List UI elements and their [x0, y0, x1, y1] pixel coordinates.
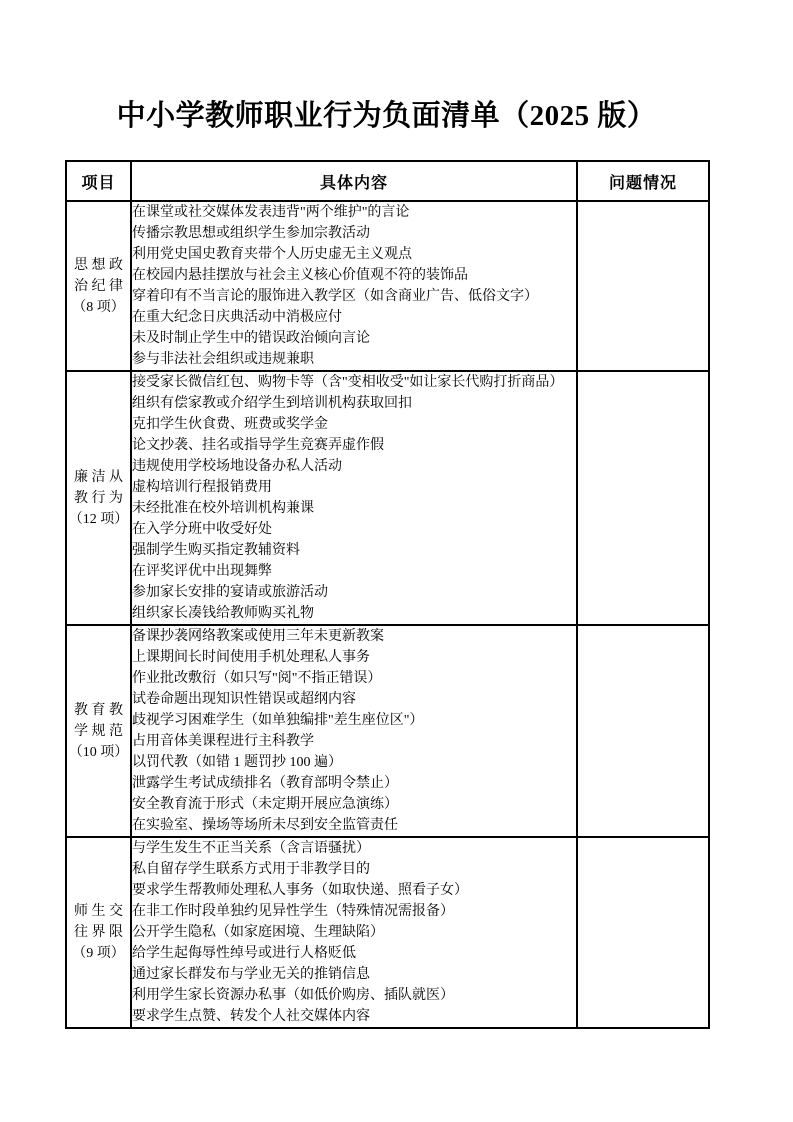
page-title: 中小学教师职业行为负面清单（2025 版） [65, 0, 708, 136]
group-label-line: 廉 洁 从 [67, 467, 130, 488]
item-line: 论文抄袭、挂名或指导学生竞赛弄虚作假 [132, 435, 576, 456]
item-line: 与学生发生不正当关系（含言语骚扰） [132, 838, 576, 859]
item-line: 要求学生帮教师处理私人事务（如取快递、照看子女） [132, 880, 576, 901]
problem-status-cell [577, 371, 709, 625]
item-line: 歧视学习困难学生（如单独编排"差生座位区"） [132, 710, 576, 731]
items-cell: 在课堂或社交媒体发表违背"两个维护"的言论传播宗教思想或组织学生参加宗教活动利用… [131, 201, 577, 371]
section-row: 师 生 交往 界 限（9 项）与学生发生不正当关系（含言语骚扰）私自留存学生联系… [66, 837, 709, 1028]
item-line: 作业批改敷衍（如只写"阅"不指正错误） [132, 668, 576, 689]
item-line: 私自留存学生联系方式用于非教学目的 [132, 859, 576, 880]
column-header-status: 问题情况 [577, 161, 709, 201]
item-line: 在校园内悬挂摆放与社会主义核心价值观不符的装饰品 [132, 265, 576, 286]
item-line: 利用党史国史教育夹带个人历史虚无主义观点 [132, 244, 576, 265]
item-line: 在非工作时段单独约见异性学生（特殊情况需报备） [132, 901, 576, 922]
item-line: 接受家长微信红包、购物卡等（含"变相收受"如让家长代购打折商品） [132, 372, 576, 393]
group-label-line: 治 纪 律 [67, 276, 130, 297]
items-cell: 与学生发生不正当关系（含言语骚扰）私自留存学生联系方式用于非教学目的要求学生帮教… [131, 837, 577, 1028]
item-line: 穿着印有不当言论的服饰进入教学区（如含商业广告、低俗文字） [132, 286, 576, 307]
item-line: 违规使用学校场地设备办私人活动 [132, 456, 576, 477]
column-header-project: 项目 [66, 161, 131, 201]
item-line: 在评奖评优中出现舞弊 [132, 561, 576, 582]
group-cell: 思 想 政治 纪 律（8 项） [66, 201, 131, 371]
item-line: 在重大纪念日庆典活动中消极应付 [132, 307, 576, 328]
group-label-line: 教 行 为 [67, 488, 130, 509]
item-line: 未及时制止学生中的错误政治倾向言论 [132, 328, 576, 349]
items-cell: 接受家长微信红包、购物卡等（含"变相收受"如让家长代购打折商品）组织有偿家教或介… [131, 371, 577, 625]
section-row: 思 想 政治 纪 律（8 项）在课堂或社交媒体发表违背"两个维护"的言论传播宗教… [66, 201, 709, 371]
group-cell: 教 育 教学 规 范（10 项） [66, 625, 131, 837]
item-line: 传播宗教思想或组织学生参加宗教活动 [132, 223, 576, 244]
item-line: 试卷命题出现知识性错误或超纲内容 [132, 689, 576, 710]
item-line: 通过家长群发布与学业无关的推销信息 [132, 964, 576, 985]
item-line: 占用音体美课程进行主科教学 [132, 731, 576, 752]
item-line: 要求学生点赞、转发个人社交媒体内容 [132, 1006, 576, 1027]
item-line: 组织家长凑钱给教师购买礼物 [132, 603, 576, 624]
group-label-line: 思 想 政 [67, 255, 130, 276]
table-body: 思 想 政治 纪 律（8 项）在课堂或社交媒体发表违背"两个维护"的言论传播宗教… [66, 201, 709, 1028]
group-label-line: 学 规 范 [67, 721, 130, 742]
item-line: 组织有偿家教或介绍学生到培训机构获取回扣 [132, 393, 576, 414]
item-line: 给学生起侮辱性绰号或进行人格贬低 [132, 943, 576, 964]
group-label-line: 往 界 限 [67, 922, 130, 943]
item-line: 参加家长安排的宴请或旅游活动 [132, 582, 576, 603]
problem-status-cell [577, 201, 709, 371]
column-header-content: 具体内容 [131, 161, 577, 201]
item-line: 虚构培训行程报销费用 [132, 477, 576, 498]
item-line: 参与非法社会组织或违规兼职 [132, 349, 576, 370]
group-label-line: （9 项） [67, 943, 130, 964]
item-line: 备课抄袭网络教案或使用三年未更新教案 [132, 626, 576, 647]
item-line: 在入学分班中收受好处 [132, 519, 576, 540]
document-page: 中小学教师职业行为负面清单（2025 版） 项目 具体内容 问题情况 思 想 政… [0, 0, 793, 1122]
item-line: 公开学生隐私（如家庭困境、生理缺陷） [132, 922, 576, 943]
item-line: 克扣学生伙食费、班费或奖学金 [132, 414, 576, 435]
section-row: 教 育 教学 规 范（10 项）备课抄袭网络教案或使用三年未更新教案上课期间长时… [66, 625, 709, 837]
item-line: 未经批准在校外培训机构兼课 [132, 498, 576, 519]
item-line: 安全教育流于形式（未定期开展应急演练） [132, 794, 576, 815]
item-line: 在课堂或社交媒体发表违背"两个维护"的言论 [132, 202, 576, 223]
header-row: 项目 具体内容 问题情况 [66, 161, 709, 201]
item-line: 利用学生家长资源办私事（如低价购房、插队就医） [132, 985, 576, 1006]
problem-status-cell [577, 625, 709, 837]
group-label-line: 教 育 教 [67, 700, 130, 721]
problem-status-cell [577, 837, 709, 1028]
items-cell: 备课抄袭网络教案或使用三年未更新教案上课期间长时间使用手机处理私人事务作业批改敷… [131, 625, 577, 837]
item-line: 强制学生购买指定教辅资料 [132, 540, 576, 561]
group-cell: 廉 洁 从教 行 为（12 项） [66, 371, 131, 625]
section-row: 廉 洁 从教 行 为（12 项）接受家长微信红包、购物卡等（含"变相收受"如让家… [66, 371, 709, 625]
group-label-line: （12 项） [67, 509, 130, 530]
group-label-line: 师 生 交 [67, 901, 130, 922]
negative-list-table: 项目 具体内容 问题情况 思 想 政治 纪 律（8 项）在课堂或社交媒体发表违背… [65, 160, 710, 1029]
item-line: 泄露学生考试成绩排名（教育部明令禁止） [132, 773, 576, 794]
group-label-line: （10 项） [67, 742, 130, 763]
item-line: 在实验室、操场等场所未尽到安全监管责任 [132, 815, 576, 836]
item-line: 以罚代教（如错 1 题罚抄 100 遍） [132, 752, 576, 773]
group-cell: 师 生 交往 界 限（9 项） [66, 837, 131, 1028]
group-label-line: （8 项） [67, 297, 130, 318]
item-line: 上课期间长时间使用手机处理私人事务 [132, 647, 576, 668]
